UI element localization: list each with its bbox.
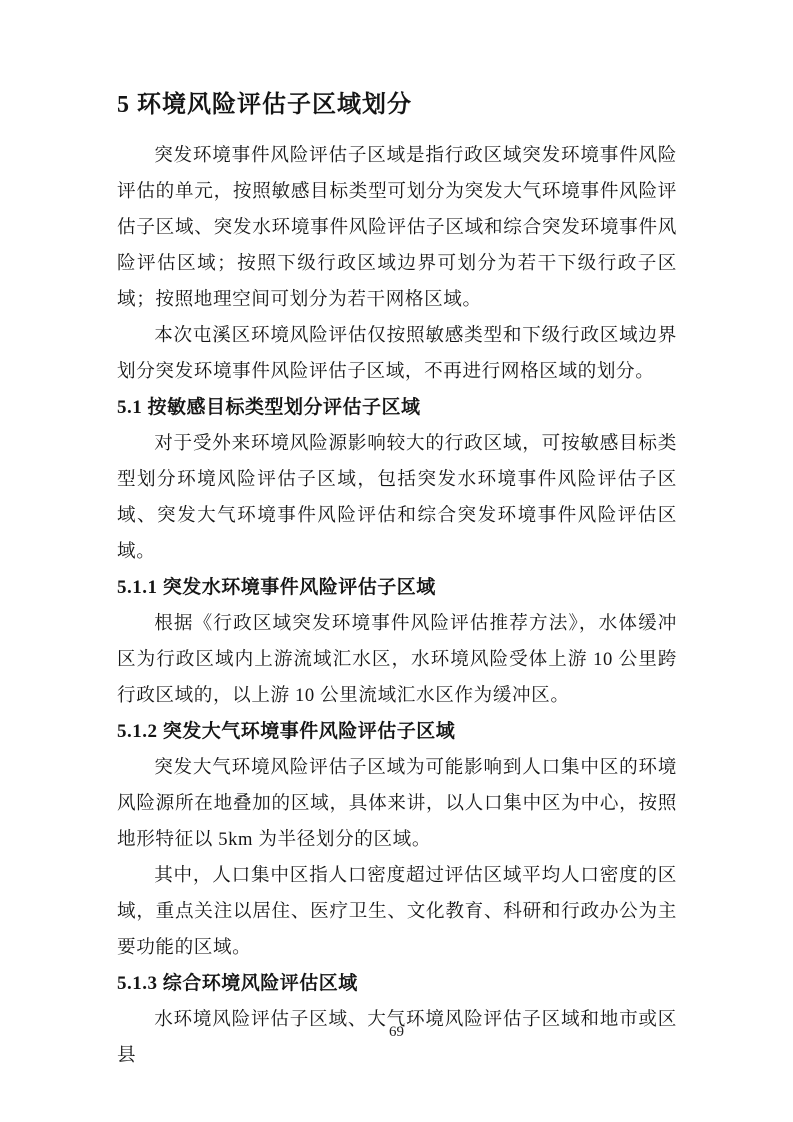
paragraph: 其中，人口集中区指人口密度超过评估区域平均人口密度的区域，重点关注以居住、医疗卫… (117, 858, 677, 966)
section-heading-5-1: 5.1 按敏感目标类型划分评估子区域 (117, 390, 677, 426)
section-heading-5-1-3: 5.1.3 综合环境风险评估区域 (117, 966, 677, 1002)
document-page: 5 环境风险评估子区域划分 突发环境事件风险评估子区域是指行政区域突发环境事件风… (0, 0, 793, 1122)
chapter-heading: 5 环境风险评估子区域划分 (117, 88, 677, 122)
paragraph: 突发大气环境风险评估子区域为可能影响到人口集中区的环境风险源所在地叠加的区域，具… (117, 750, 677, 858)
page-number: 69 (0, 1024, 793, 1041)
paragraph: 对于受外来环境风险源影响较大的行政区域，可按敏感目标类型划分环境风险评估子区域，… (117, 426, 677, 570)
section-heading-5-1-2: 5.1.2 突发大气环境事件风险评估子区域 (117, 714, 677, 750)
page-content: 5 环境风险评估子区域划分 突发环境事件风险评估子区域是指行政区域突发环境事件风… (117, 88, 677, 1074)
paragraph: 根据《行政区域突发环境事件风险评估推荐方法》，水体缓冲区为行政区域内上游流域汇水… (117, 606, 677, 714)
paragraph: 本次屯溪区环境风险评估仅按照敏感类型和下级行政区域边界划分突发环境事件风险评估子… (117, 318, 677, 390)
section-heading-5-1-1: 5.1.1 突发水环境事件风险评估子区域 (117, 570, 677, 606)
paragraph: 突发环境事件风险评估子区域是指行政区域突发环境事件风险评估的单元，按照敏感目标类… (117, 138, 677, 318)
